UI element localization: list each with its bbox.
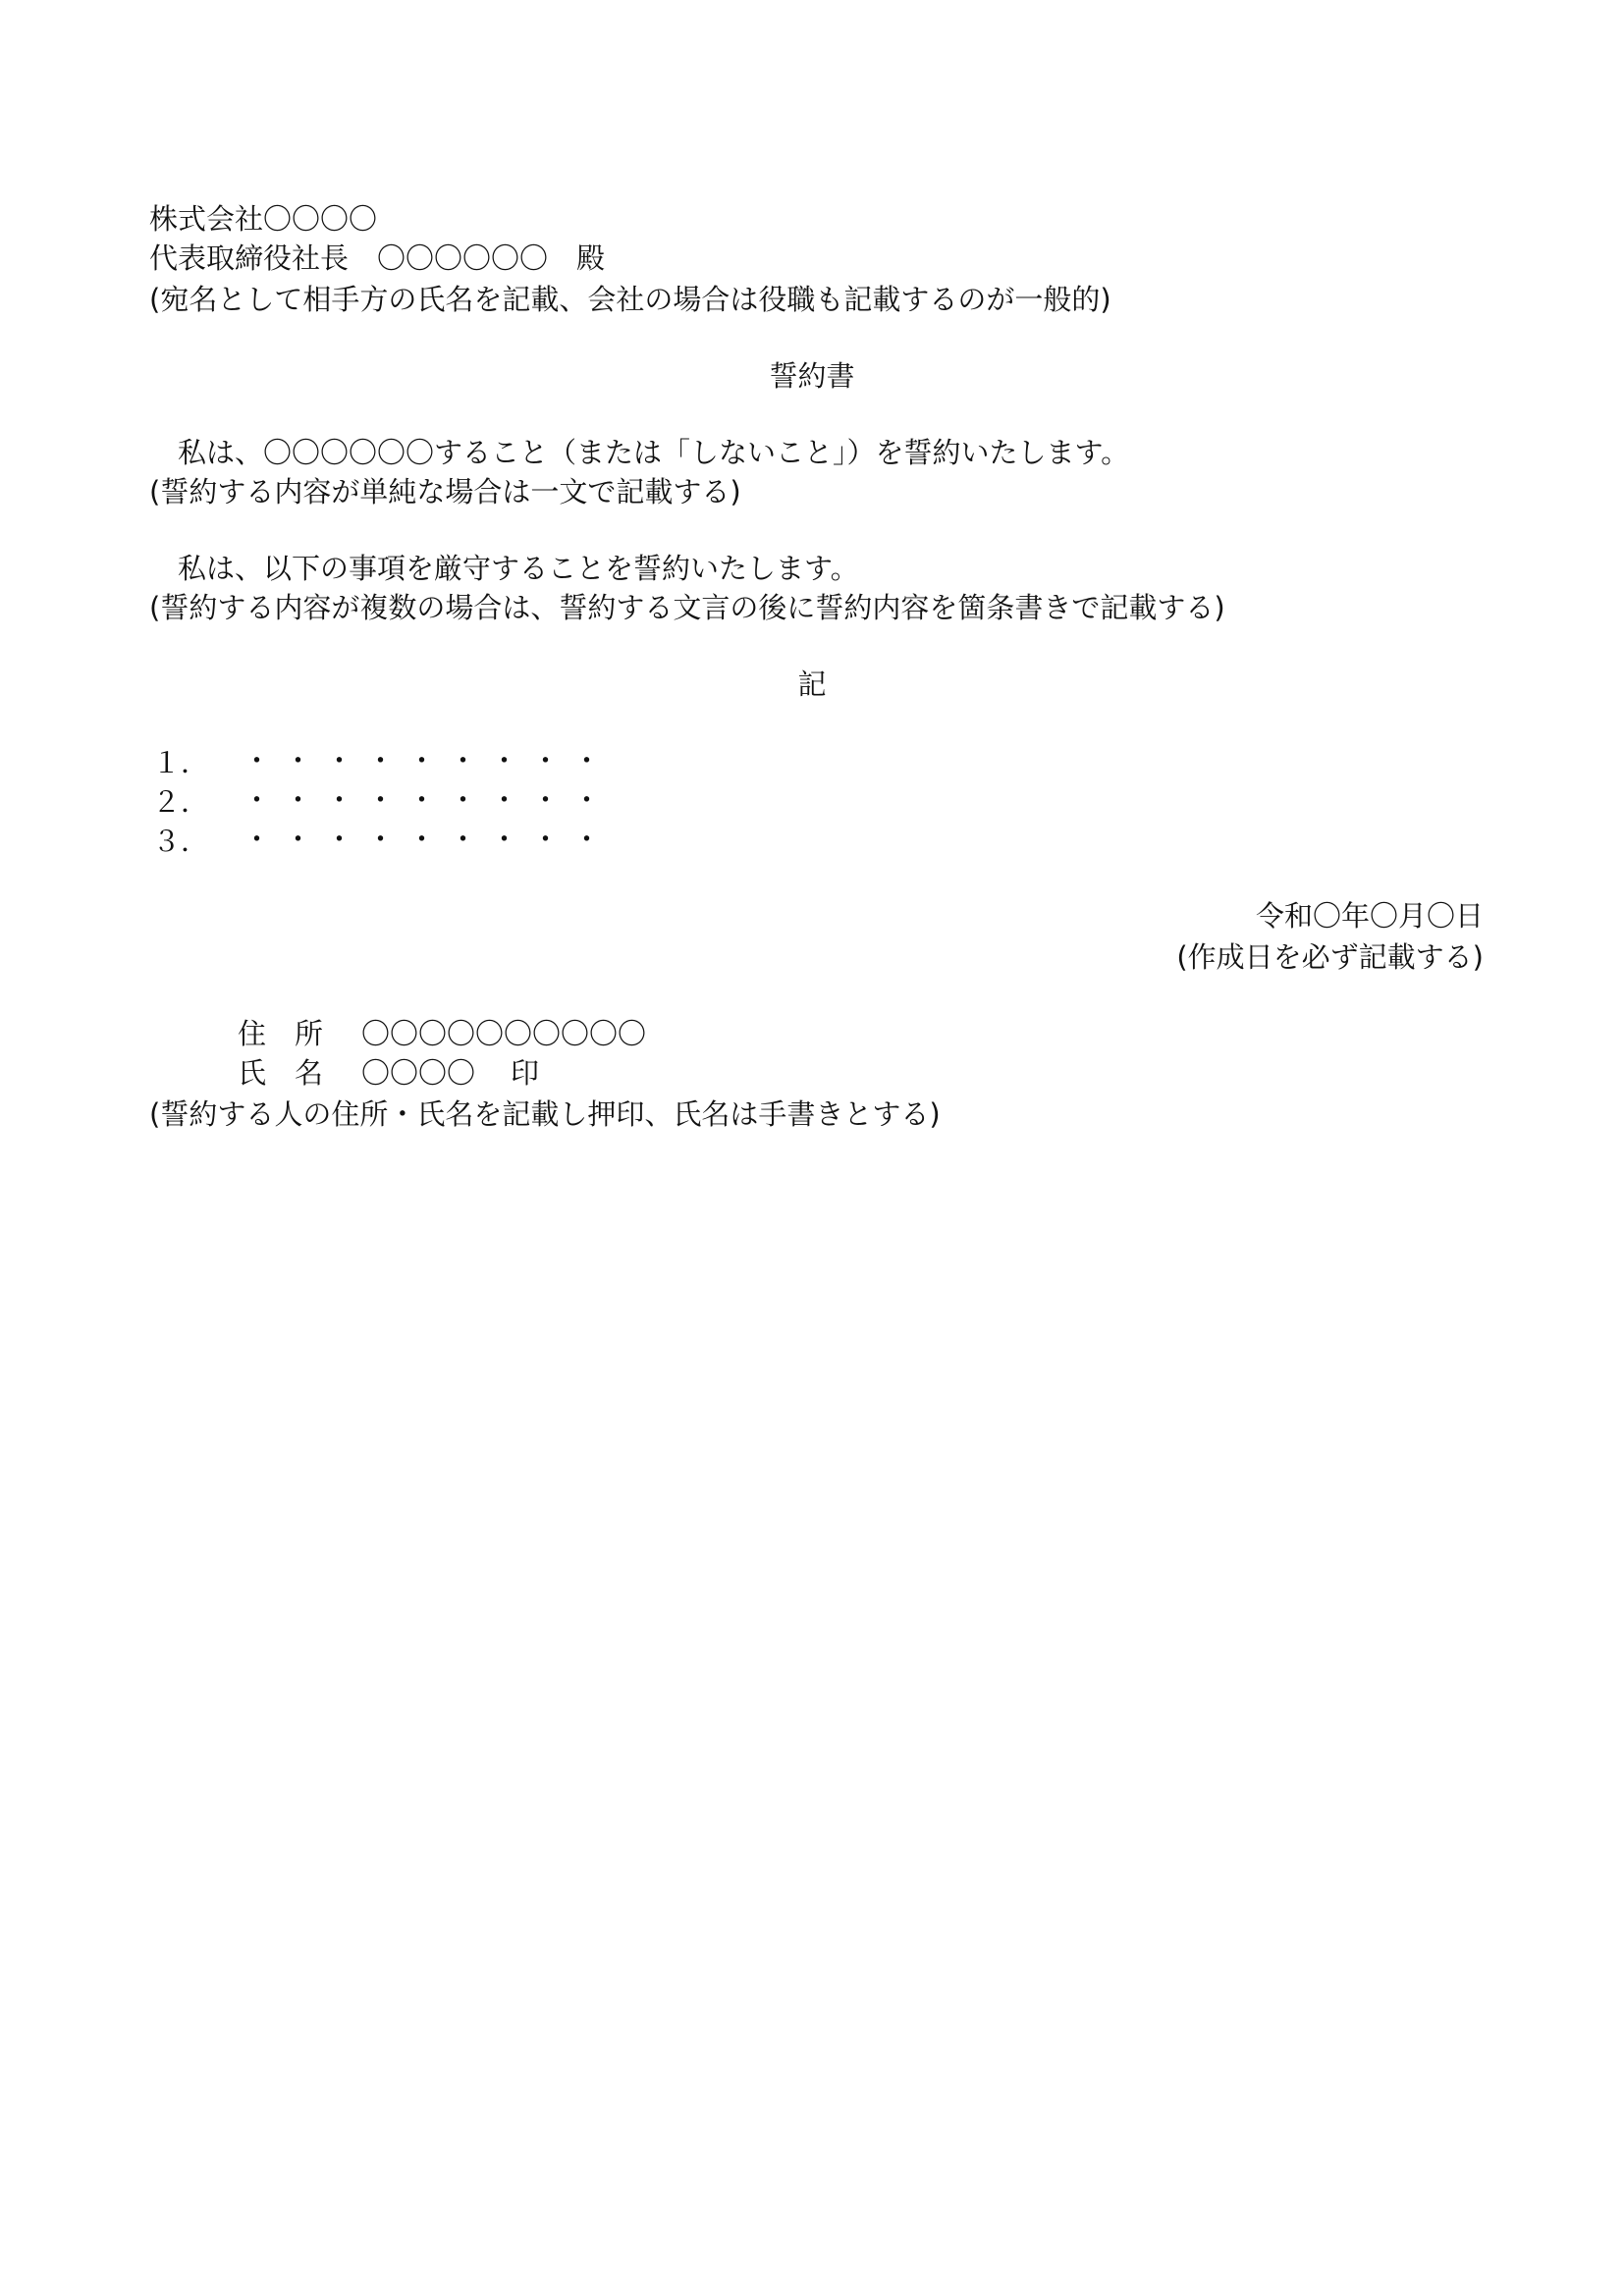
addressee-note: (宛名として相手方の氏名を記載、会社の場合は役職も記載するのが一般的) xyxy=(149,280,1111,319)
creation-date: 令和〇年〇月〇日 xyxy=(1256,896,1484,935)
name-value: 〇〇〇〇 xyxy=(361,1053,475,1093)
list-item-content: ・・・・・・・・・ xyxy=(243,820,614,859)
single-pledge-text: 私は、〇〇〇〇〇〇すること（または「しないこと」）を誓約いたします。 xyxy=(149,433,1129,472)
address-label: 住 所 xyxy=(238,1014,323,1053)
seal-mark: 印 xyxy=(511,1053,539,1093)
multiple-pledge-text: 私は、以下の事項を厳守することを誓約いたします。 xyxy=(149,549,859,588)
addressee-company: 株式会社〇〇〇〇 xyxy=(149,199,377,239)
signer-note: (誓約する人の住所・氏名を記載し押印、氏名は手書きとする) xyxy=(149,1095,941,1134)
ki-heading: 記 xyxy=(0,665,1624,704)
list-item-number: ３． xyxy=(152,822,209,861)
multiple-pledge-note: (誓約する内容が複数の場合は、誓約する文言の後に誓約内容を箇条書きで記載する) xyxy=(149,588,1225,627)
list-item-number: １． xyxy=(152,743,209,782)
list-item-content: ・・・・・・・・・ xyxy=(243,780,614,820)
addressee-representative: 代表取締役社長 〇〇〇〇〇〇 殿 xyxy=(149,239,605,278)
single-pledge-note: (誓約する内容が単純な場合は一文で記載する) xyxy=(149,472,741,511)
address-value: 〇〇〇〇〇〇〇〇〇〇 xyxy=(361,1014,646,1053)
name-label: 氏 名 xyxy=(238,1053,323,1093)
list-item-content: ・・・・・・・・・ xyxy=(243,741,614,780)
document-title: 誓約書 xyxy=(0,356,1624,396)
creation-date-note: (作成日を必ず記載する) xyxy=(1176,937,1484,977)
list-item-number: ２． xyxy=(152,782,209,822)
document-page: 株式会社〇〇〇〇 代表取締役社長 〇〇〇〇〇〇 殿 (宛名として相手方の氏名を記… xyxy=(0,0,1624,2296)
